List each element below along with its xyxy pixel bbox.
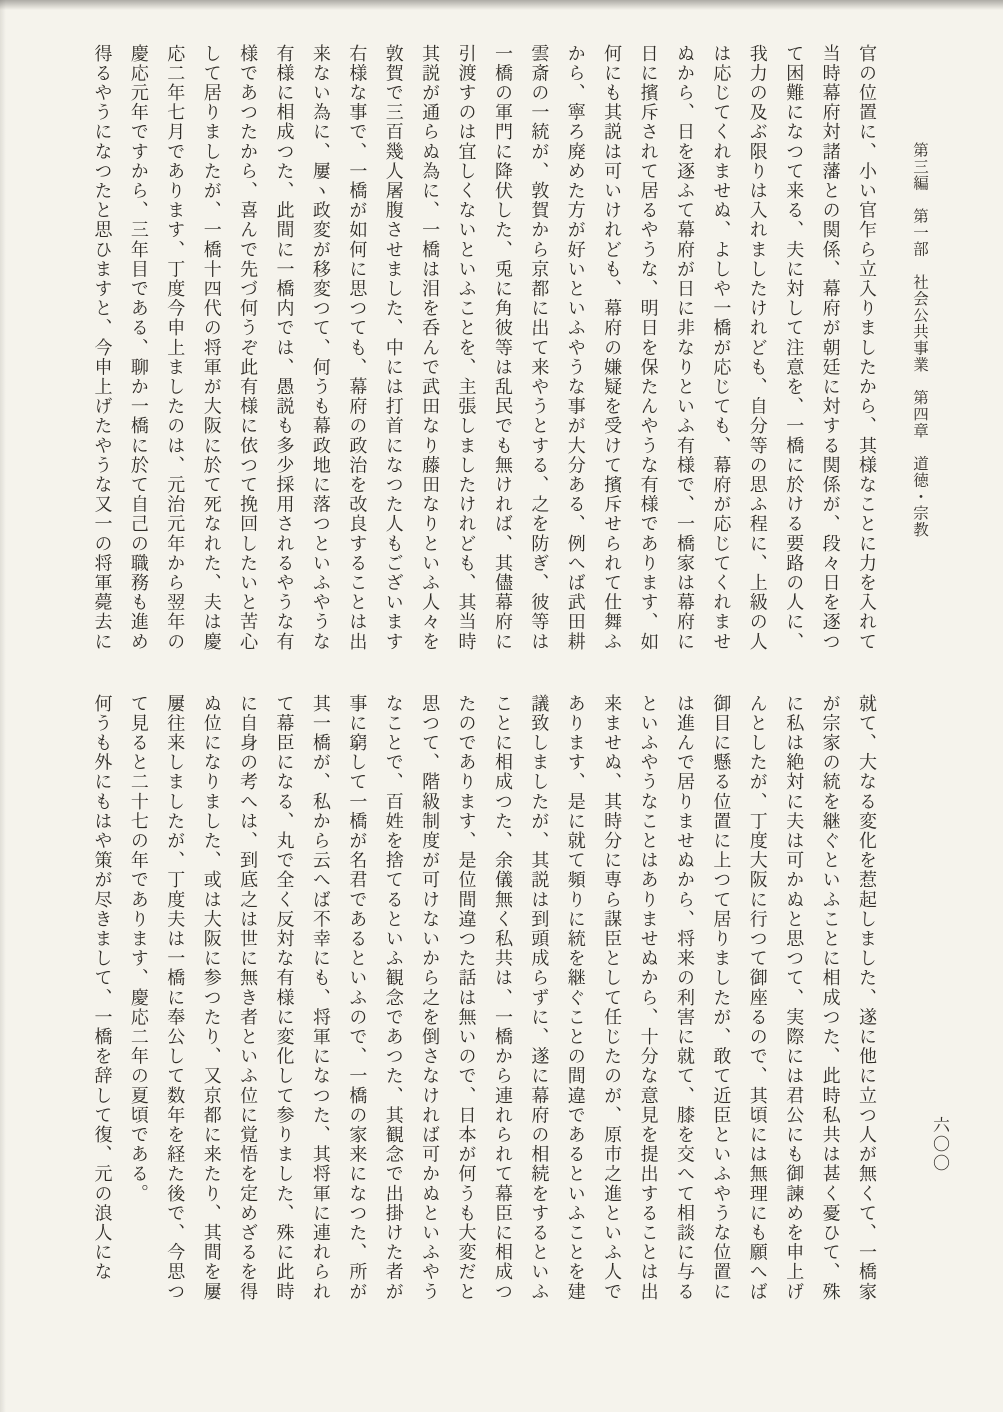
text-column: 応二年七月であります、丁度今申上ましたのは、元治元年から翌年の xyxy=(156,44,192,676)
text-column: 屢往来しましたが、丁度夫は一橋に奉公して数年を経た後で、今思つ xyxy=(156,694,192,1326)
text-column: から、寧ろ廃めた方が好いといふやうな事が大分ある、例へば武田耕 xyxy=(556,44,592,676)
text-column: が宗家の統を継ぐといふことに相成つた、此時私共は甚く憂ひて、殊 xyxy=(811,694,847,1326)
text-column: 一橋の軍門に降伏した、兎に角彼等は乱民でも無ければ、其儘幕府に xyxy=(484,44,520,676)
text-column: 様であつたから、喜んで先づ何うぞ此有様に依つて挽回したいと苦心 xyxy=(229,44,265,676)
text-column: 日に擯斥されて居るやうな、明日を保たんやうな有様であります、如 xyxy=(629,44,665,676)
paragraph-block-1: 官の位置に、小い官乍ら立入りましたから、其様なことに力を入れて当時幕府対諸藩との… xyxy=(82,44,884,676)
page-number: 六〇〇 xyxy=(926,1116,952,1206)
text-column: 我力の及ぶ限りは入れましたけれども、自分等の思ふ程に、上級の人 xyxy=(738,44,774,676)
text-column: といふやうなことはありませぬから、十分な意見を提出することは出 xyxy=(629,694,665,1326)
text-column: 有様に相成つた、此間に一橋内では、愚説も多少採用されるやうな有 xyxy=(265,44,301,676)
text-column: 議致しましたが、其説は到頭成らずに、遂に幕府の相続をするといふ xyxy=(520,694,556,1326)
text-column: 御目に懸る位置に上つて居りましたが、敢て近臣といふやうな位置に xyxy=(702,694,738,1326)
text-column: 何うも外にもはや策が尽きまして、一橋を辞して復、元の浪人にな xyxy=(83,694,119,1326)
text-column: 思つて、階級制度が可けないから之を倒さなければ可かぬといふやう xyxy=(411,694,447,1326)
text-column: 何にも其説は可いけれども、幕府の嫌疑を受けて擯斥せられて仕舞ふ xyxy=(593,44,629,676)
text-column: は進んで居りませぬから、将来の利害に就て、膝を交へて相談に与る xyxy=(666,694,702,1326)
text-column: んとしたが、丁度大阪に行つて御座るので、其頃には無理にも願へば xyxy=(738,694,774,1326)
paragraph-block-2: 就て、大なる変化を惹起しました、遂に他に立つ人が無くて、一橋家が宗家の統を継ぐと… xyxy=(82,694,884,1326)
text-column: 来ませぬ、其時分に専ら謀臣として任じたのが、原市之進といふ人で xyxy=(593,694,629,1326)
text-column: て困難になつて来る、夫に対して注意を、一橋に於ける要路の人に、 xyxy=(775,44,811,676)
text-column: 其一橋が、私から云へば不幸にも、将軍になつた、其将軍に連れられ xyxy=(302,694,338,1326)
chapter-heading: 第三編 第一部 社会公共事業 第四章 道徳・宗教 xyxy=(905,142,931,542)
text-column: 雲斎の一統が、敦賀から京都に出て来やうとする、之を防ぎ、彼等は xyxy=(520,44,556,676)
text-column: 其説が通らぬ為に、一橋は泪を呑んで武田なり藤田なりといふ人々を xyxy=(411,44,447,676)
text-column: は応じてくれませぬ、よしや一橋が応じても、幕府が応じてくれませ xyxy=(702,44,738,676)
text-column: ぬ位になりました、或は大阪に参つたり、又京都に来たり、其間を屢 xyxy=(192,694,228,1326)
text-column: に私は絶対に夫は可かぬと思つて、実際には君公にも御諫めを申上げ xyxy=(775,694,811,1326)
text-column: して居りましたが、一橋十四代の将軍が大阪に於て死なれた、夫は慶 xyxy=(192,44,228,676)
text-column: 事に窮して一橋が名君であるといふので、一橋の家来になつた、所が xyxy=(338,694,374,1326)
text-column: ことに相成つた、余儀無く私共は、一橋から連れられて幕臣に相成つ xyxy=(484,694,520,1326)
text-column: 来ない為に、屢ヽ政変が移変つて、何うも幕政地に落つといふやうな xyxy=(302,44,338,676)
text-column: たのであります、是位間違つた話は無いので、日本が何うも大変だと xyxy=(447,694,483,1326)
text-column: に自身の考へは、到底之は世に無き者といふ位に覚悟を定めざるを得 xyxy=(229,694,265,1326)
text-column: 敦賀で三百幾人屠腹させました、中には打首になつた人もございます xyxy=(374,44,410,676)
text-column: 右様な事で、一橋が如何に思つても、幕府の政治を改良することは出 xyxy=(338,44,374,676)
book-page: 第三編 第一部 社会公共事業 第四章 道徳・宗教 六〇〇 官の位置に、小い官乍ら… xyxy=(0,0,1003,1412)
text-column: 引渡すのは宜しくないといふことを、主張しましたけれども、其当時 xyxy=(447,44,483,676)
text-column: 官の位置に、小い官乍ら立入りましたから、其様なことに力を入れて xyxy=(848,44,884,676)
text-column: 得るやうになつたと思ひますと、今申上げたやうな又一の将軍薨去に xyxy=(83,44,119,676)
text-column: 慶応元年ですから、三年目である、聊か一橋に於て自己の職務も進め xyxy=(119,44,155,676)
text-column: ぬから、日を逐ふて幕府が日に非なりといふ有様で、一橋家は幕府に xyxy=(666,44,702,676)
text-column: て幕臣になる、丸で全く反対な有様に変化して参りました、殊に此時 xyxy=(265,694,301,1326)
text-column: て見ると二十七の年であります、慶応二年の夏頃である。 xyxy=(119,694,155,1326)
text-column: あります、是に就て頻りに統を継ぐことの間違であるといふことを建 xyxy=(556,694,592,1326)
text-column: なことで、百姓を捨てるといふ観念であつた、其観念で出掛けた者が xyxy=(374,694,410,1326)
text-column: 当時幕府対諸藩との関係、幕府が朝廷に対する関係が、段々日を逐つ xyxy=(811,44,847,676)
text-column: 就て、大なる変化を惹起しました、遂に他に立つ人が無くて、一橋家 xyxy=(848,694,884,1326)
